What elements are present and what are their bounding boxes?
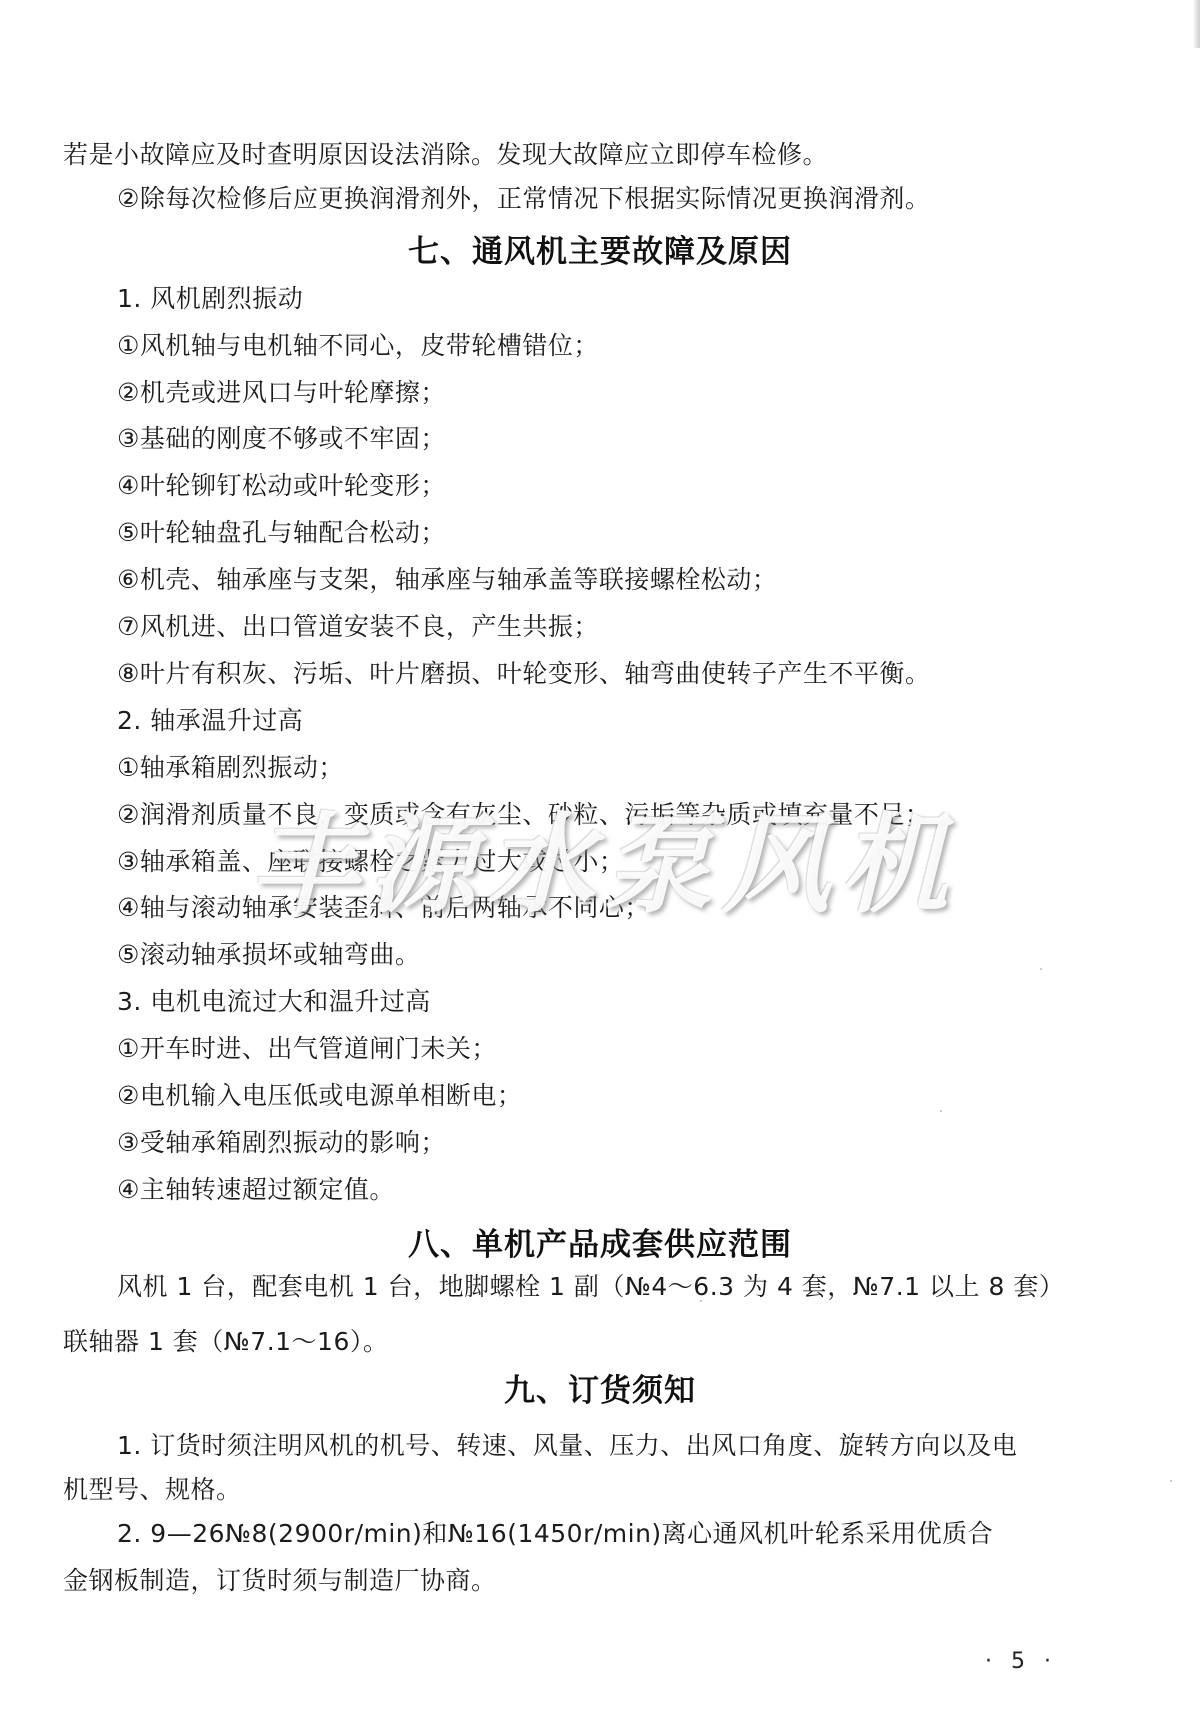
list-item: ④主轴转速超过额定值。 xyxy=(117,1175,395,1205)
section-9-line-1: 1. 订货时须注明风机的机号、转速、风量、压力、出风口角度、旋转方向以及电 xyxy=(117,1431,1017,1461)
section-9-line-4: 金钢板制造，订货时须与制造厂协商。 xyxy=(63,1566,497,1596)
section-9-line-3: 2. 9—26№8(2900r/min)和№16(1450r/min)离心通风机… xyxy=(117,1519,993,1549)
page-number: · 5 · xyxy=(985,1648,1057,1676)
list-item: ③轴承箱盖、座联接螺栓之紧力过大或过小； xyxy=(117,847,624,877)
scan-speck xyxy=(1170,1480,1172,1482)
section-7-sub3-title: 3. 电机电流过大和温升过高 xyxy=(117,987,431,1017)
section-7-sub1-title: 1. 风机剧烈振动 xyxy=(117,284,303,314)
section-7-heading: 七、通风机主要故障及原因 xyxy=(0,234,1200,270)
list-item: ②电机输入电压低或电源单相断电； xyxy=(117,1081,522,1111)
list-item: ②润滑剂质量不良，变质或含有灰尘、砂粒、污垢等杂质或填充量不足； xyxy=(117,800,930,830)
list-item: ①开车时进、出气管道闸门未关； xyxy=(117,1034,497,1064)
list-item: ⑦风机进、出口管道安装不良，产生共振； xyxy=(117,612,599,642)
section-8-line-1: 风机 1 台，配套电机 1 台，地脚螺栓 1 副（№4～6.3 为 4 套，№7… xyxy=(117,1272,1064,1302)
scan-speck xyxy=(940,1110,942,1112)
section-7-sub2-title: 2. 轴承温升过高 xyxy=(117,706,303,736)
scan-speck xyxy=(700,1300,702,1302)
intro-line-2: ②除每次检修后应更换润滑剂外，正常情况下根据实际情况更换润滑剂。 xyxy=(117,184,930,214)
list-item: ①风机轴与电机轴不同心，皮带轮槽错位； xyxy=(117,331,599,361)
list-item: ⑤滚动轴承损坏或轴弯曲。 xyxy=(117,940,420,970)
list-item: ⑤叶轮轴盘孔与轴配合松动； xyxy=(117,518,446,548)
list-item: ④叶轮铆钉松动或叶轮变形； xyxy=(117,471,446,501)
section-9-heading: 九、订货须知 xyxy=(0,1373,1200,1409)
intro-line-1: 若是小故障应及时查明原因设法消除。发现大故障应立即停车检修。 xyxy=(63,140,828,170)
list-item: ④轴与滚动轴承安装歪斜、前后两轴承不同心； xyxy=(117,893,650,923)
list-item: ⑥机壳、轴承座与支架，轴承座与轴承盖等联接螺栓松动； xyxy=(117,565,777,595)
list-item: ③受轴承箱剧烈振动的影响； xyxy=(117,1128,446,1158)
list-item: ③基础的刚度不够或不牢固； xyxy=(117,424,446,454)
scan-edge-strip xyxy=(1194,0,1200,48)
section-8-heading: 八、单机产品成套供应范围 xyxy=(0,1227,1200,1263)
list-item: ①轴承箱剧烈振动； xyxy=(117,753,344,783)
section-8-line-2: 联轴器 1 套（№7.1～16）。 xyxy=(63,1327,388,1357)
list-item: ⑧叶片有积灰、污垢、叶片磨损、叶轮变形、轴弯曲使转子产生不平衡。 xyxy=(117,659,930,689)
list-item: ②机壳或进风口与叶轮摩擦； xyxy=(117,378,446,408)
scan-speck xyxy=(1040,968,1042,970)
section-9-line-2: 机型号、规格。 xyxy=(63,1475,242,1505)
document-page: 若是小故障应及时查明原因设法消除。发现大故障应立即停车检修。 ②除每次检修后应更… xyxy=(0,0,1200,1733)
